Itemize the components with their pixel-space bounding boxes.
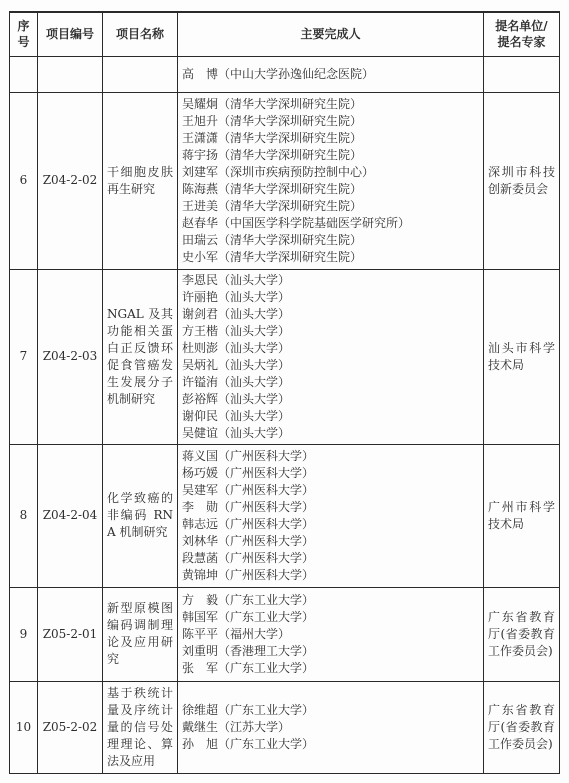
cell-code: Z05-2-02 xyxy=(38,681,103,773)
column-header-nominator: 提名单位/ 提名专家 xyxy=(484,12,560,56)
cell-name: 基于秩统计量及序统计量的信号处理理论、算法及应用 xyxy=(103,681,178,773)
cell-code: Z04-2-03 xyxy=(38,269,103,444)
table-header: 序号 项目编号 项目名称 主要完成人 提名单位/ 提名专家 xyxy=(10,12,560,56)
contributor-line: 刘林华（广州医科大学） xyxy=(182,533,479,550)
column-header-name: 项目名称 xyxy=(103,12,178,56)
cell-nominator: 广州市科学技术局 xyxy=(484,444,560,587)
contributor-line: 史小军（清华大学深圳研究生院） xyxy=(182,249,479,266)
cell-code: Z04-2-02 xyxy=(38,92,103,269)
contributor-line: 谢剑君（汕头大学） xyxy=(182,306,479,323)
nominator-text: 深圳市科技创新委员会 xyxy=(488,164,555,198)
cell-contributors: 李恩民（汕头大学）许丽艳（汕头大学）谢剑君（汕头大学）方王楷（汕头大学）杜则澎（… xyxy=(178,269,484,444)
table-row: 10 Z05-2-02 基于秩统计量及序统计量的信号处理理论、算法及应用 徐维超… xyxy=(10,681,560,773)
contributor-line: 杜则澎（汕头大学） xyxy=(182,340,479,357)
cell-nominator: 汕头市科学技术局 xyxy=(484,269,560,444)
contributor-line: 蒋义国（广州医科大学） xyxy=(182,448,479,465)
cell-seq: 6 xyxy=(10,92,38,269)
contributor-line: 刘建军（深圳市疾病预防控制中心） xyxy=(182,164,479,181)
contributor-line: 韩志远（广州医科大学） xyxy=(182,516,479,533)
contributor-line: 孙 旭（广东工业大学） xyxy=(182,736,479,753)
cell-name xyxy=(103,56,178,92)
contributor-line: 徐维超（广东工业大学） xyxy=(182,702,479,719)
contributor-line: 王潇潇（清华大学深圳研究生院） xyxy=(182,130,479,147)
contributor-line: 许镒洧（汕头大学） xyxy=(182,374,479,391)
cell-nominator: 广东省教育厅(省委教育工作委员会) xyxy=(484,681,560,773)
cell-seq: 9 xyxy=(10,587,38,681)
cell-seq: 8 xyxy=(10,444,38,587)
contributor-line: 戴继生（江苏大学） xyxy=(182,719,479,736)
contributor-line: 方王楷（汕头大学） xyxy=(182,323,479,340)
contributor-line: 杨巧媛（广州医科大学） xyxy=(182,465,479,482)
cell-code: Z05-2-01 xyxy=(38,587,103,681)
cell-seq xyxy=(10,56,38,92)
contributor-line: 高 博（中山大学孙逸仙纪念医院） xyxy=(182,66,479,83)
table-row: 7 Z04-2-03 NGAL 及其功能相关蛋白正反馈环促食管癌发生发展分子机制… xyxy=(10,269,560,444)
project-name-text: 干细胞皮肤再生研究 xyxy=(107,164,173,198)
project-name-text: 新型原模图编码调制理论及应用研究 xyxy=(107,600,173,668)
cell-name: NGAL 及其功能相关蛋白正反馈环促食管癌发生发展分子机制研究 xyxy=(103,269,178,444)
column-header-seq: 序号 xyxy=(10,12,38,56)
document-page: 序号 项目编号 项目名称 主要完成人 提名单位/ 提名专家 高 博（中山大学孙逸… xyxy=(0,0,569,783)
nominator-text: 广州市科学技术局 xyxy=(488,499,555,533)
contributor-line: 刘重明（香港理工大学） xyxy=(182,643,479,660)
project-name-text: 化学致癌的非编码 RNA 机制研究 xyxy=(107,490,173,541)
cell-contributors: 高 博（中山大学孙逸仙纪念医院） xyxy=(178,56,484,92)
contributor-line: 李 勋（广州医科大学） xyxy=(182,499,479,516)
cell-code xyxy=(38,56,103,92)
contributor-line: 陈平平（福州大学） xyxy=(182,626,479,643)
column-header-contributors: 主要完成人 xyxy=(178,12,484,56)
contributor-line: 王进美（清华大学深圳研究生院） xyxy=(182,198,479,215)
cell-contributors: 吴耀炯（清华大学深圳研究生院）王旭升（清华大学深圳研究生院）王潇潇（清华大学深圳… xyxy=(178,92,484,269)
cell-name: 化学致癌的非编码 RNA 机制研究 xyxy=(103,444,178,587)
contributor-line: 黄锦坤（广州医科大学） xyxy=(182,567,479,584)
nominator-text: 汕头市科学技术局 xyxy=(488,340,555,374)
contributor-line: 赵春华（中国医学科学院基础医学研究所） xyxy=(182,215,479,232)
header-row: 序号 项目编号 项目名称 主要完成人 提名单位/ 提名专家 xyxy=(10,12,560,56)
cell-seq: 7 xyxy=(10,269,38,444)
contributor-line: 田瑞云（清华大学深圳研究生院） xyxy=(182,232,479,249)
cell-contributors: 蒋义国（广州医科大学）杨巧媛（广州医科大学）吴建军（广州医科大学）李 勋（广州医… xyxy=(178,444,484,587)
contributor-line: 王旭升（清华大学深圳研究生院） xyxy=(182,113,479,130)
project-name-text: 基于秩统计量及序统计量的信号处理理论、算法及应用 xyxy=(107,685,173,770)
contributor-line: 吴建军（广州医科大学） xyxy=(182,482,479,499)
table-row: 9 Z05-2-01 新型原模图编码调制理论及应用研究 方 毅（广东工业大学）韩… xyxy=(10,587,560,681)
contributor-line: 陈海燕（清华大学深圳研究生院） xyxy=(182,181,479,198)
table-row: 6 Z04-2-02 干细胞皮肤再生研究 吴耀炯（清华大学深圳研究生院）王旭升（… xyxy=(10,92,560,269)
cell-nominator: 广东省教育厅(省委教育工作委员会) xyxy=(484,587,560,681)
project-name-text: NGAL 及其功能相关蛋白正反馈环促食管癌发生发展分子机制研究 xyxy=(107,306,173,408)
contributor-line: 许丽艳（汕头大学） xyxy=(182,289,479,306)
column-header-code: 项目编号 xyxy=(38,12,103,56)
nominator-text: 广东省教育厅(省委教育工作委员会) xyxy=(488,702,555,753)
cell-contributors: 徐维超（广东工业大学）戴继生（江苏大学）孙 旭（广东工业大学） xyxy=(178,681,484,773)
cell-contributors: 方 毅（广东工业大学）韩国军（广东工业大学）陈平平（福州大学）刘重明（香港理工大… xyxy=(178,587,484,681)
cell-nominator: 深圳市科技创新委员会 xyxy=(484,92,560,269)
contributor-line: 吴炳礼（汕头大学） xyxy=(182,357,479,374)
contributor-line: 韩国军（广东工业大学） xyxy=(182,609,479,626)
cell-nominator xyxy=(484,56,560,92)
award-nomination-table: 序号 项目编号 项目名称 主要完成人 提名单位/ 提名专家 高 博（中山大学孙逸… xyxy=(9,11,560,774)
table-row: 高 博（中山大学孙逸仙纪念医院） xyxy=(10,56,560,92)
contributor-line: 张 军（广东工业大学） xyxy=(182,660,479,677)
nominator-text: 广东省教育厅(省委教育工作委员会) xyxy=(488,609,555,660)
contributor-line: 吴健谊（汕头大学） xyxy=(182,425,479,442)
cell-name: 新型原模图编码调制理论及应用研究 xyxy=(103,587,178,681)
cell-seq: 10 xyxy=(10,681,38,773)
table-body: 高 博（中山大学孙逸仙纪念医院） 6 Z04-2-02 干细胞皮肤再生研究 吴耀… xyxy=(10,56,560,773)
table-row: 8 Z04-2-04 化学致癌的非编码 RNA 机制研究 蒋义国（广州医科大学）… xyxy=(10,444,560,587)
contributor-line: 彭裕辉（汕头大学） xyxy=(182,391,479,408)
contributor-line: 方 毅（广东工业大学） xyxy=(182,592,479,609)
contributor-line: 李恩民（汕头大学） xyxy=(182,272,479,289)
contributor-line: 蒋宇扬（清华大学深圳研究生院） xyxy=(182,147,479,164)
cell-code: Z04-2-04 xyxy=(38,444,103,587)
cell-name: 干细胞皮肤再生研究 xyxy=(103,92,178,269)
contributor-line: 段慧菡（广州医科大学） xyxy=(182,550,479,567)
contributor-line: 谢仰民（汕头大学） xyxy=(182,408,479,425)
contributor-line: 吴耀炯（清华大学深圳研究生院） xyxy=(182,96,479,113)
